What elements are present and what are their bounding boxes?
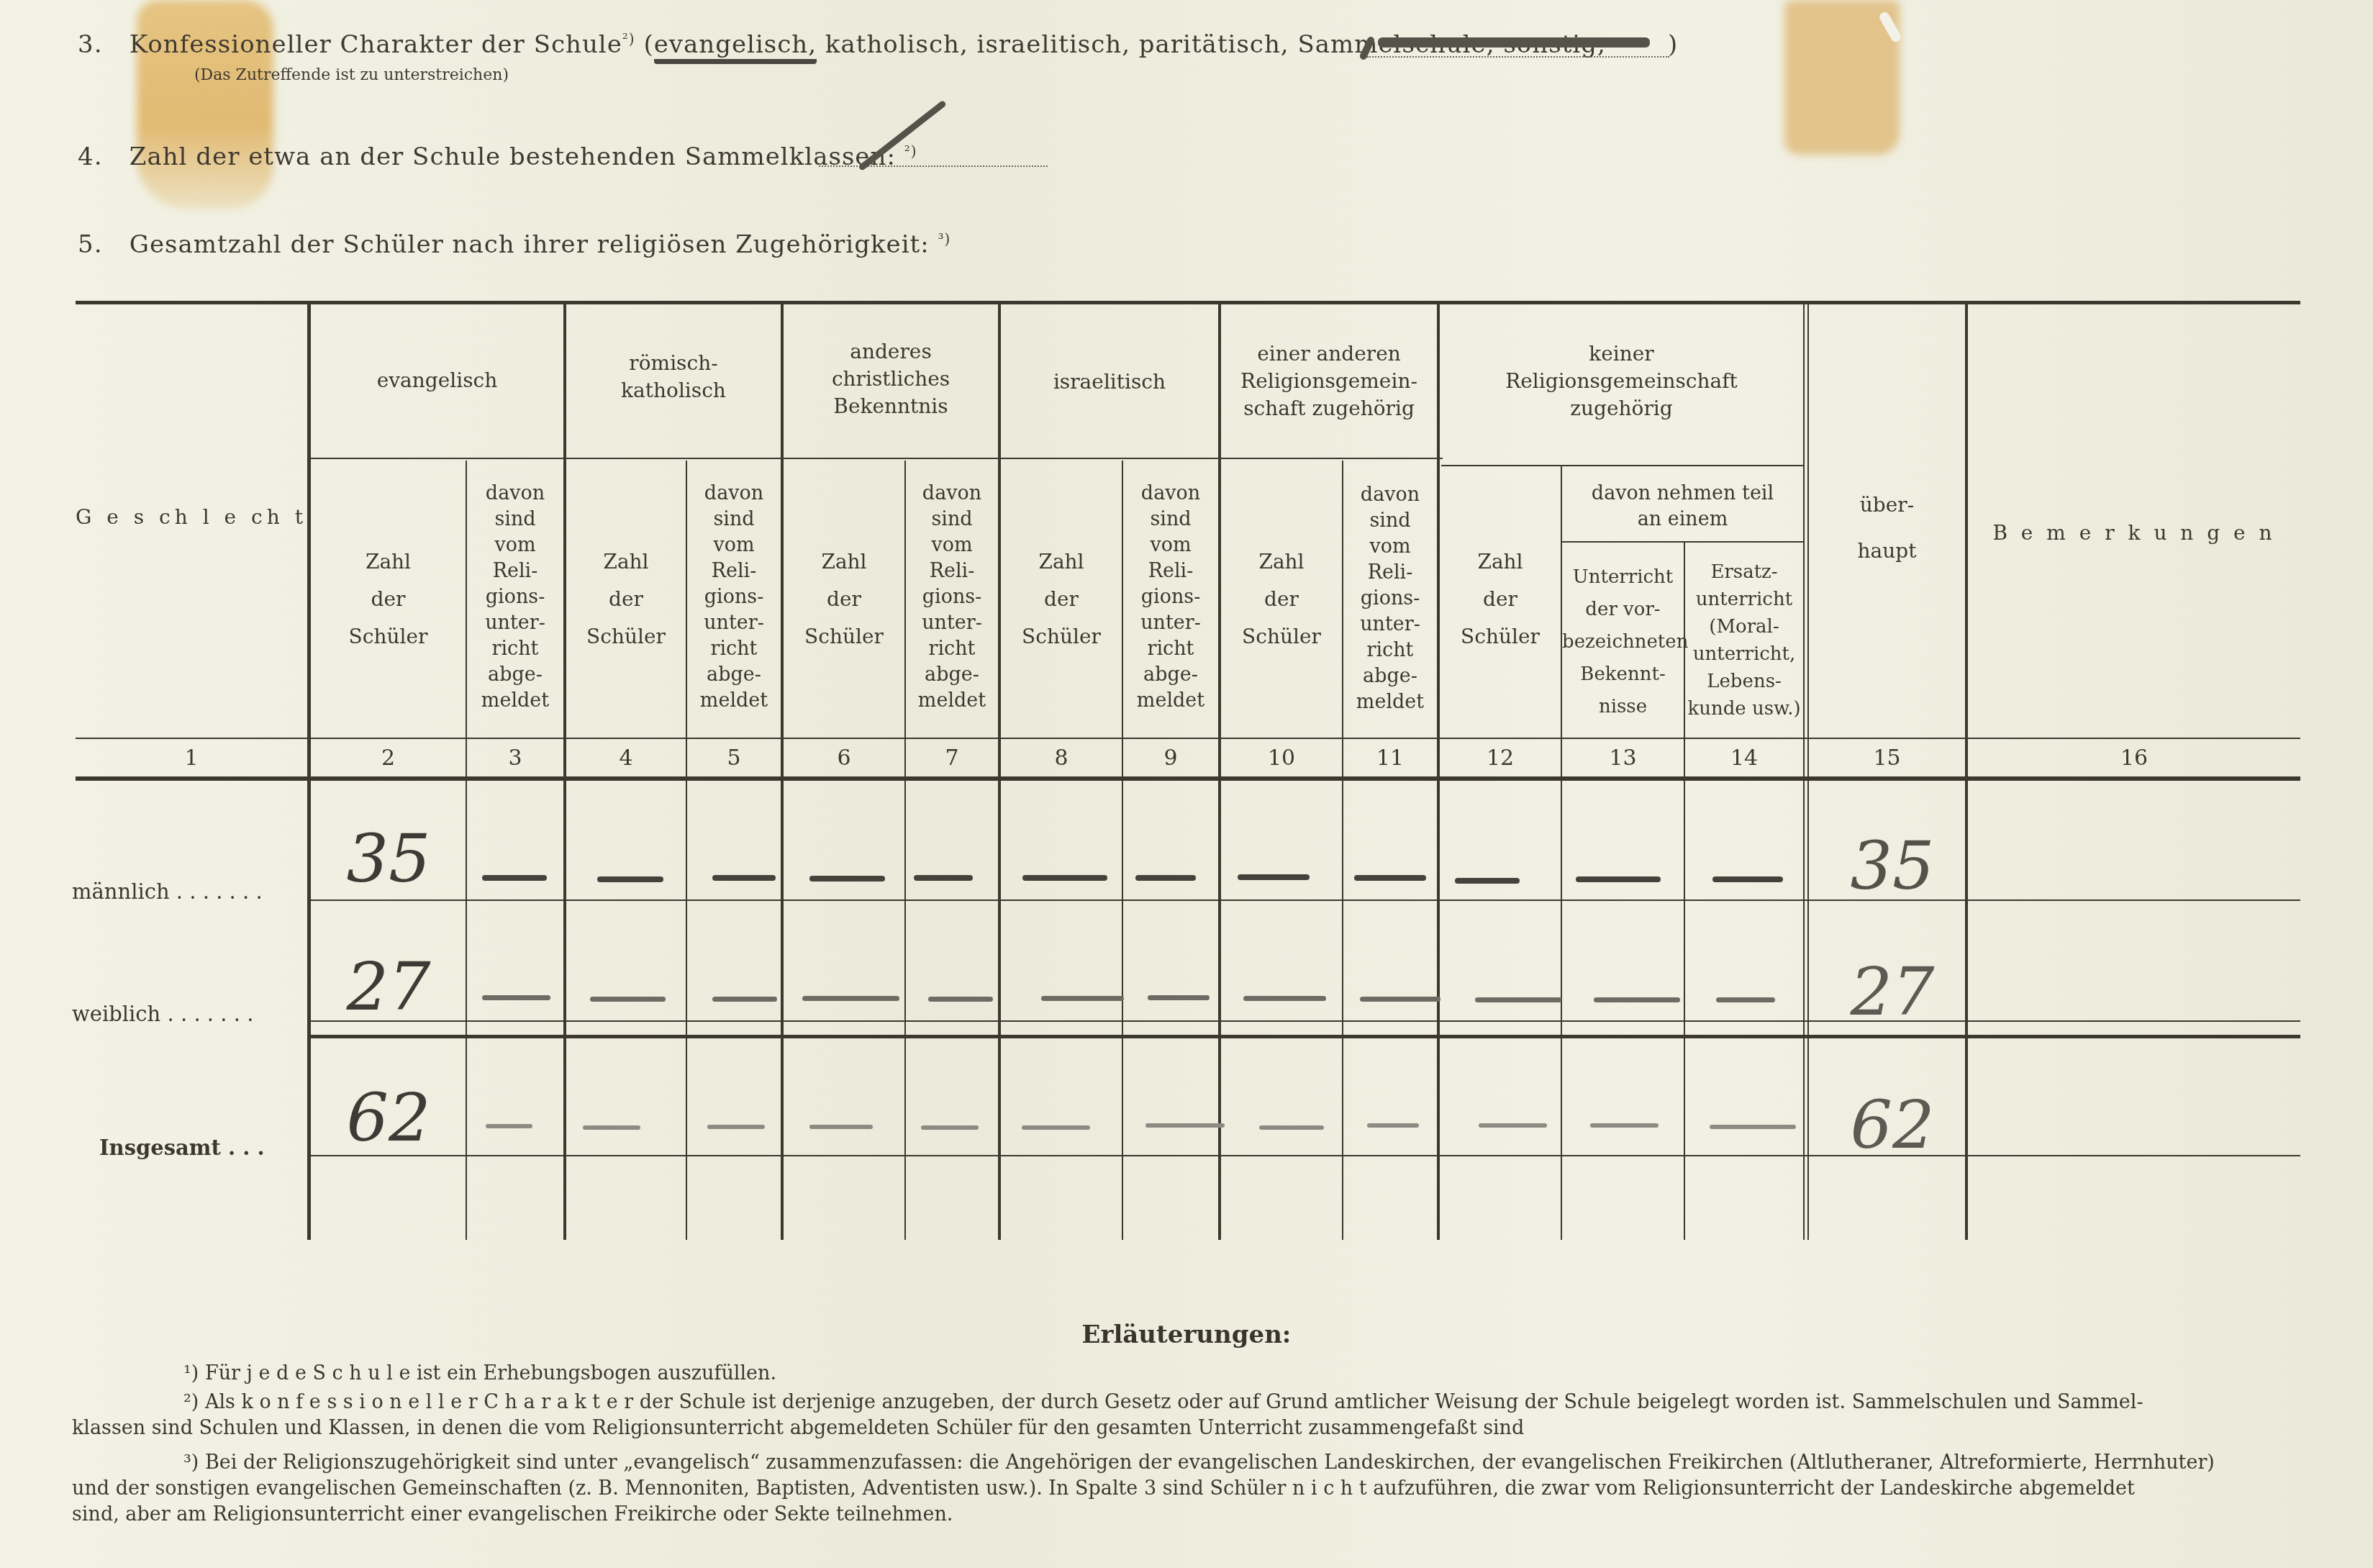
column-number: 3 (467, 746, 563, 771)
dash-entry[interactable] (1712, 876, 1783, 882)
option[interactable]: israelitisch, (977, 30, 1130, 59)
subheader-abgemeldet: davon sind vom Reli- gions- unter- richt… (906, 481, 998, 714)
subheader-abgemeldet: davon sind vom Reli- gions- unter- richt… (467, 481, 563, 714)
subheader-zahl: Zahl der Schüler (1001, 543, 1122, 656)
dash-entry[interactable] (1716, 997, 1775, 1002)
col-divider (781, 304, 784, 1240)
col-divider (998, 304, 1001, 1240)
group-header-israelitisch: israelitisch (1001, 368, 1218, 396)
subheader-abgemeldet: davon sind vom Reli- gions- unter- richt… (1123, 481, 1218, 714)
footnote-2-line-2: klassen sind Schulen und Klassen, in den… (72, 1415, 1524, 1441)
col-divider (1965, 304, 1968, 1240)
header-geschlecht: G e s ch l e ch t (76, 504, 307, 531)
header-bemerkungen: B e m e r k u n g e n (1968, 520, 2300, 547)
dash-entry[interactable] (1041, 996, 1124, 1001)
dash-entry[interactable] (583, 1125, 640, 1130)
total-divider (309, 1035, 2300, 1038)
footnote-ref: ²) (622, 30, 635, 47)
footnote-ref: ²) (904, 142, 917, 160)
subheader-abgemeldet: davon sind vom Reli- gions- unter- richt… (687, 481, 781, 714)
cell-evangelisch-insgesamt[interactable]: 62 (317, 1079, 460, 1156)
question-number: 3. (78, 30, 121, 59)
dash-entry[interactable] (1360, 997, 1440, 1002)
col-divider (1437, 304, 1440, 1240)
row-divider (309, 1020, 2300, 1022)
dash-entry[interactable] (1576, 876, 1661, 882)
row-label-insgesamt: Insgesamt . . . (99, 1136, 264, 1160)
dash-entry[interactable] (482, 995, 550, 1000)
cell-evangelisch-weiblich[interactable]: 27 (317, 948, 460, 1025)
dash-entry[interactable] (1148, 995, 1210, 1000)
dash-entry[interactable] (712, 997, 777, 1002)
column-number: 14 (1685, 746, 1803, 771)
question-label: Gesamtzahl der Schüler nach ihrer religi… (130, 230, 930, 259)
col-divider (1807, 304, 1809, 1240)
dash-entry[interactable] (1475, 997, 1561, 1002)
col-divider (563, 304, 566, 1240)
row-label-weiblich: weiblich . . . . . . . (72, 1002, 253, 1026)
col-divider (307, 304, 311, 1240)
column-number: 11 (1343, 746, 1437, 771)
footnote-3-line-3: sind, aber am Religionsunterricht einer … (72, 1501, 953, 1528)
group-header-andere: einer anderen Religionsgemein- schaft zu… (1221, 340, 1437, 422)
row-label-maennlich: männlich . . . . . . . (72, 879, 263, 904)
dash-entry[interactable] (809, 876, 885, 882)
question-label: Konfessioneller Charakter der Schule (130, 30, 622, 59)
column-number: 8 (1001, 746, 1122, 771)
question-3: 3. Konfessioneller Charakter der Schule²… (78, 30, 1606, 59)
dash-entry[interactable] (1710, 1125, 1796, 1129)
group-header-divider (1441, 465, 1803, 466)
subheader-ersatzunterricht: Ersatz- unterricht (Moral- unterricht, L… (1685, 558, 1803, 722)
dash-entry[interactable] (1259, 1125, 1324, 1130)
column-number: 1 (76, 746, 307, 771)
dash-entry[interactable] (1145, 1123, 1225, 1128)
dash-entry[interactable] (590, 997, 666, 1002)
dash-entry[interactable] (802, 996, 899, 1001)
option-selected[interactable]: evangelisch, (654, 30, 817, 64)
subheader-zahl: Zahl der Schüler (1221, 543, 1342, 656)
dash-entry[interactable] (1455, 878, 1520, 884)
strike-mark (1378, 37, 1650, 47)
cell-ueberhaupt-maennlich[interactable]: 35 (1828, 828, 1957, 905)
dash-entry[interactable] (1594, 997, 1680, 1002)
subheader-zahl: Zahl der Schüler (1440, 543, 1561, 656)
subheader-unterricht: Unterricht der vor- bezeichneten Bekennt… (1562, 561, 1684, 723)
subheader-zahl: Zahl der Schüler (566, 543, 686, 656)
group-header-evangelisch: evangelisch (311, 367, 563, 394)
paren-open: ( (643, 30, 653, 59)
dash-entry[interactable] (1022, 875, 1107, 881)
question-5: 5. Gesamtzahl der Schüler nach ihrer rel… (78, 230, 950, 259)
column-number: 4 (566, 746, 686, 771)
dash-entry[interactable] (1238, 874, 1310, 880)
dash-entry[interactable] (1590, 1123, 1659, 1128)
column-number: 12 (1440, 746, 1561, 771)
row-divider (309, 899, 2300, 901)
footnote-3-line-2: und der sonstigen evangelischen Gemeinsc… (72, 1475, 2135, 1502)
dash-entry[interactable] (597, 876, 663, 882)
dash-entry[interactable] (1022, 1125, 1090, 1130)
question-label: Zahl der etwa an der Schule bestehenden … (130, 142, 896, 171)
subheader-zahl: Zahl der Schüler (311, 543, 466, 656)
question-hint: (Das Zutreffende ist zu unterstreichen) (194, 66, 509, 84)
question-number: 5. (78, 230, 121, 259)
footnote-ref: ³) (938, 230, 950, 248)
col-divider (1218, 304, 1221, 1240)
dash-entry[interactable] (1479, 1123, 1547, 1128)
group-header-keine: keiner Religionsgemeinschaft zugehörig (1440, 340, 1803, 422)
cell-ueberhaupt-insgesamt[interactable]: 62 (1828, 1087, 1957, 1164)
dash-entry[interactable] (707, 1125, 765, 1129)
dash-entry[interactable] (921, 1125, 979, 1130)
dash-entry[interactable] (486, 1124, 532, 1128)
footnote-1: ¹) Für j e d e S c h u l e ist ein Erheb… (183, 1360, 776, 1387)
dash-entry[interactable] (712, 875, 776, 881)
sammelklassen-field[interactable] (819, 166, 1048, 167)
column-number: 10 (1221, 746, 1342, 771)
dash-entry[interactable] (1135, 875, 1196, 881)
subheader-abgemeldet: davon sind vom Reli- gions- unter- richt… (1343, 482, 1437, 715)
column-number: 16 (1968, 746, 2300, 771)
column-number: 13 (1562, 746, 1684, 771)
footnote-3-line-1: ³) Bei der Religionszugehörigkeit sind u… (183, 1449, 2215, 1476)
column-number: 6 (784, 746, 904, 771)
column-number: 15 (1809, 746, 1965, 771)
dash-entry[interactable] (809, 1125, 873, 1129)
option[interactable]: katholisch, (825, 30, 968, 59)
paren-close: ) (1668, 30, 1678, 59)
row-divider (309, 1155, 2300, 1156)
subheader-zahl: Zahl der Schüler (784, 543, 904, 656)
dash-entry[interactable] (1243, 996, 1326, 1001)
group-header-katholisch: römisch- katholisch (566, 350, 781, 404)
dash-entry[interactable] (914, 875, 973, 881)
cell-ueberhaupt-weiblich[interactable]: 27 (1828, 953, 1957, 1030)
group-header-divider (309, 458, 1443, 459)
column-number: 5 (687, 746, 781, 771)
footnote-2-line-1: ²) Als k o n f e s s i o n e l l e r C h… (183, 1389, 2143, 1415)
subgroup-divider (1561, 541, 1803, 543)
option[interactable]: paritätisch, (1139, 30, 1289, 59)
column-number: 9 (1123, 746, 1218, 771)
sonstig-field[interactable] (1367, 56, 1669, 58)
dash-entry[interactable] (1354, 875, 1426, 881)
col-divider (1803, 304, 1805, 1240)
subheader-teilnahme: davon nehmen teil an einem (1562, 481, 1803, 533)
footnotes-title: Erläuterungen: (0, 1320, 2373, 1349)
header-ueberhaupt: über- haupt (1809, 494, 1965, 563)
question-4: 4. Zahl der etwa an der Schule bestehend… (78, 142, 917, 171)
dash-entry[interactable] (928, 997, 993, 1002)
column-number: 2 (311, 746, 466, 771)
column-number: 7 (906, 746, 998, 771)
group-header-christlich: anderes christliches Bekenntnis (784, 338, 998, 420)
cell-evangelisch-maennlich[interactable]: 35 (317, 820, 460, 897)
question-number: 4. (78, 142, 121, 171)
dash-entry[interactable] (1367, 1123, 1419, 1128)
dash-entry[interactable] (482, 875, 547, 881)
